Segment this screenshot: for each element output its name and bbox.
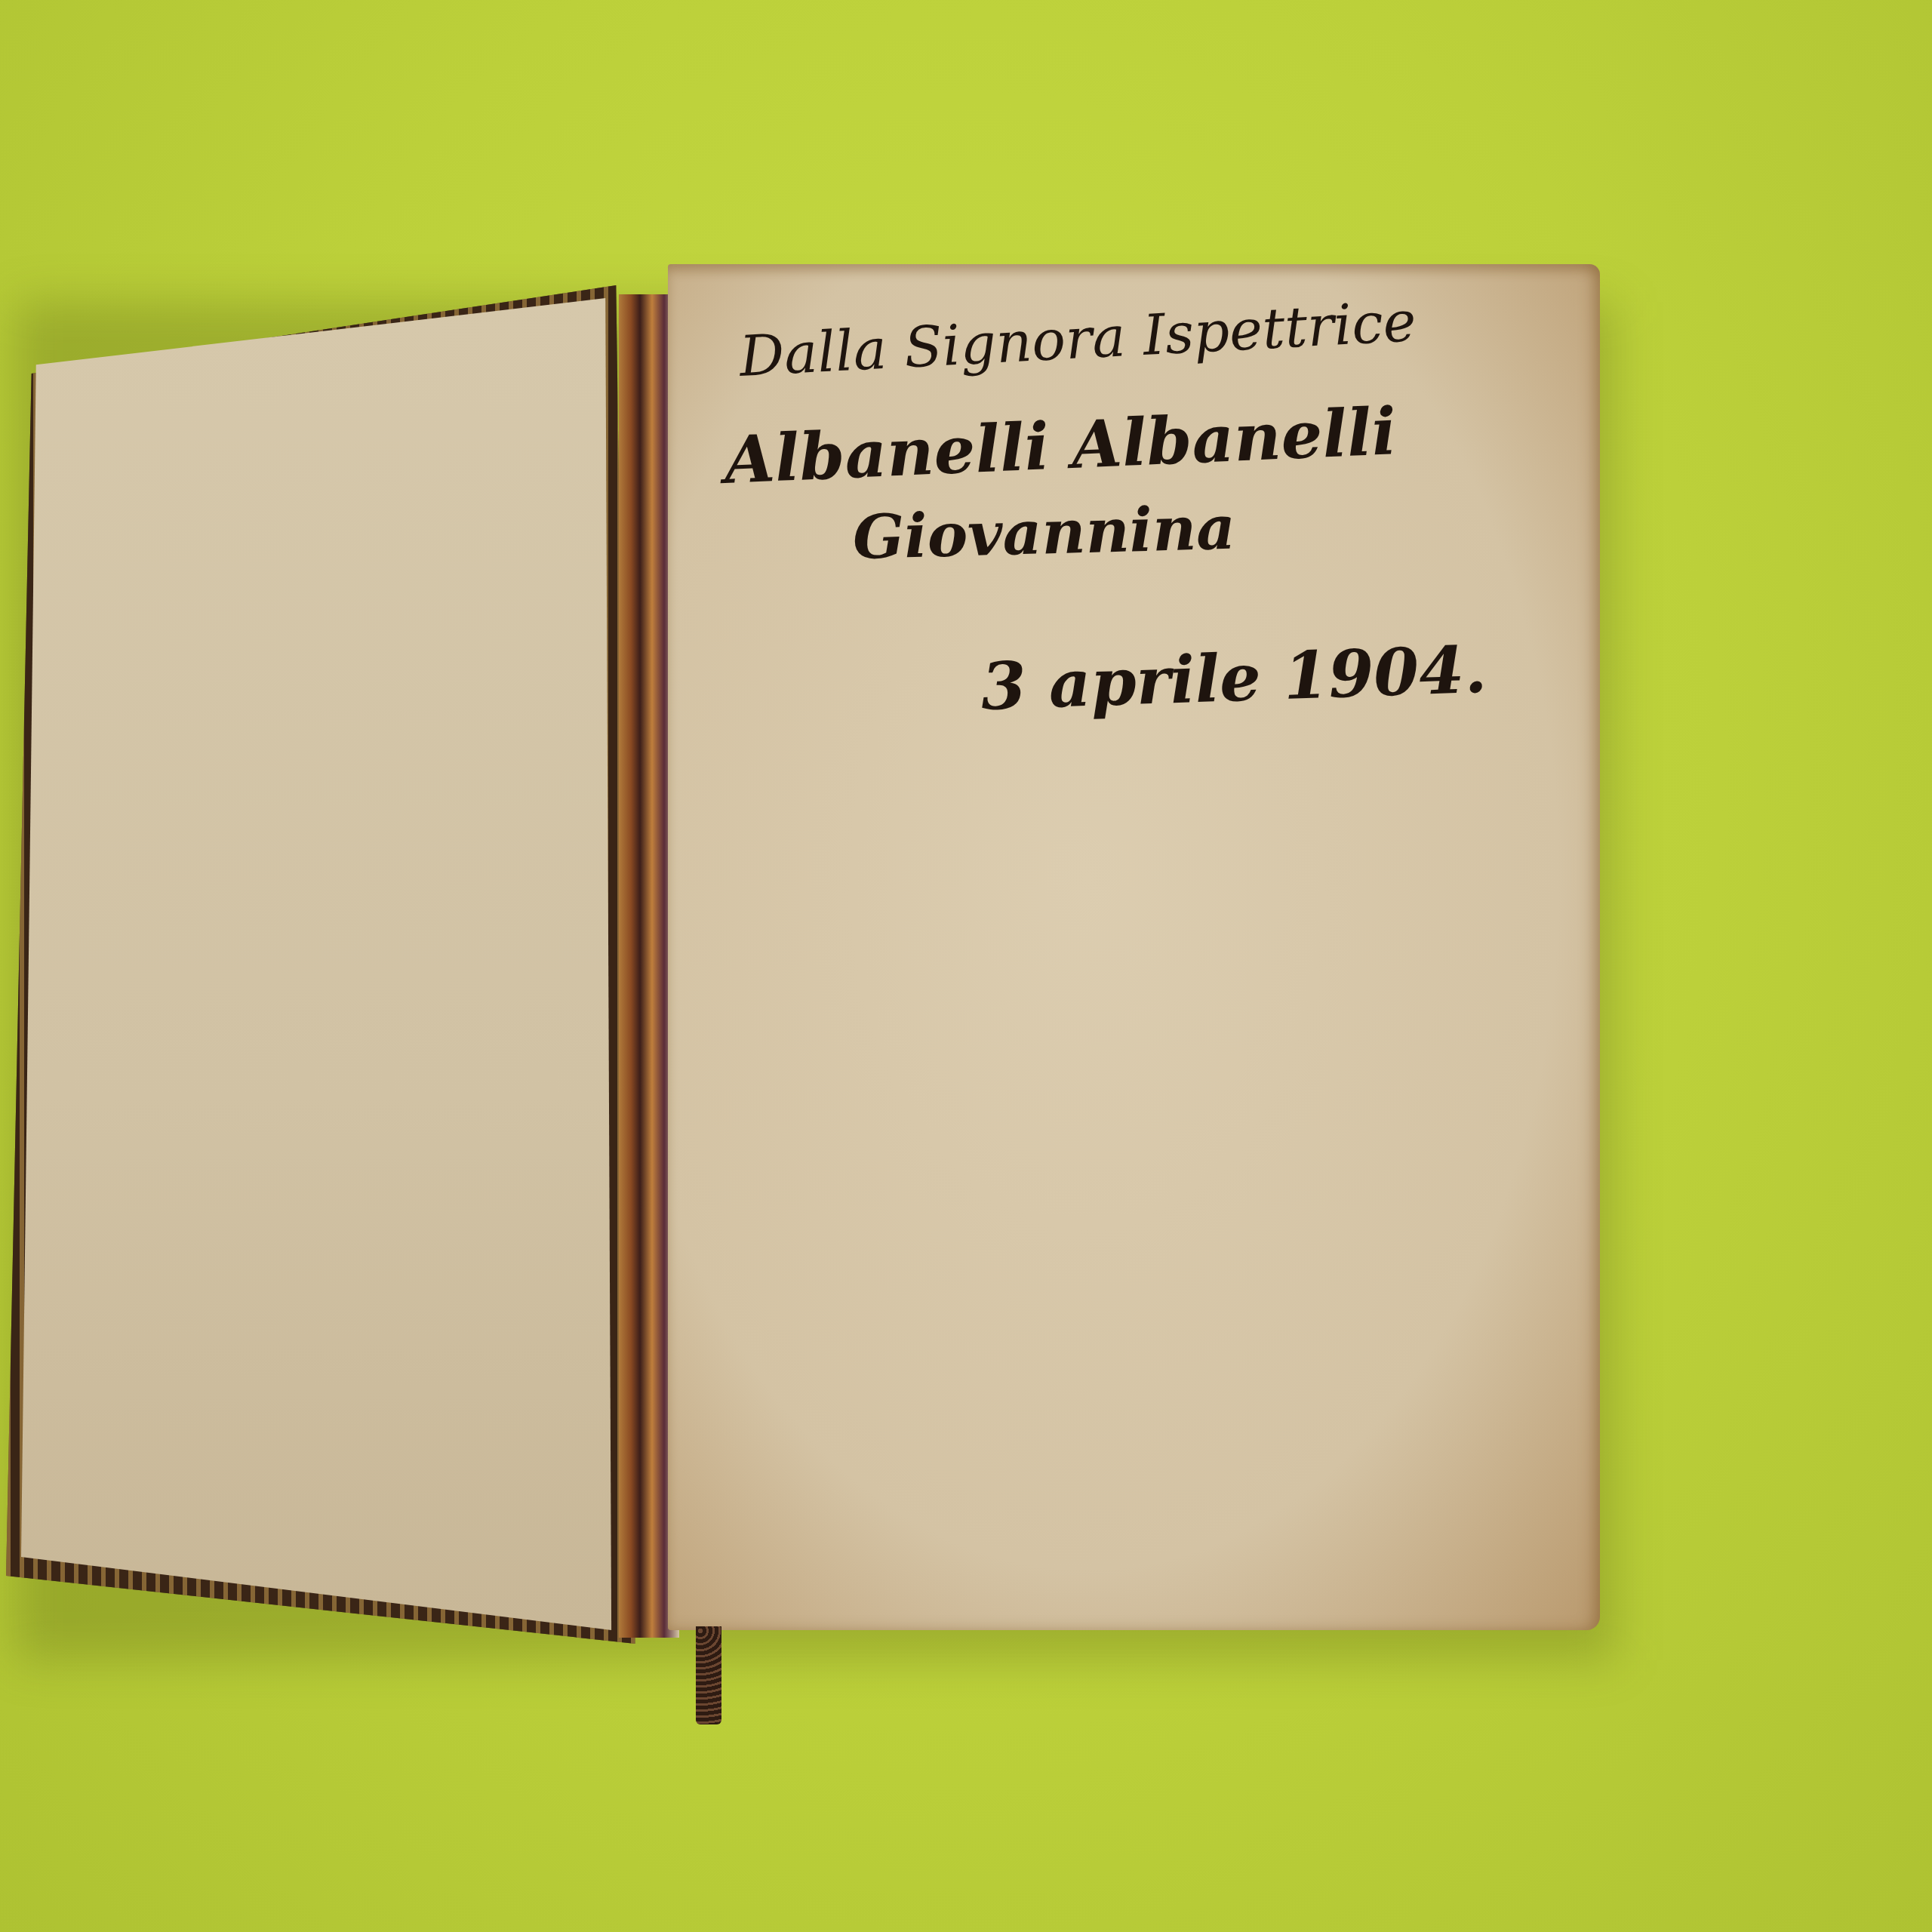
- inscription-line-3: Giovannina: [852, 492, 1236, 573]
- blank-pastedown-page: [21, 298, 617, 1630]
- bookmark-ribbon: [696, 1626, 721, 1724]
